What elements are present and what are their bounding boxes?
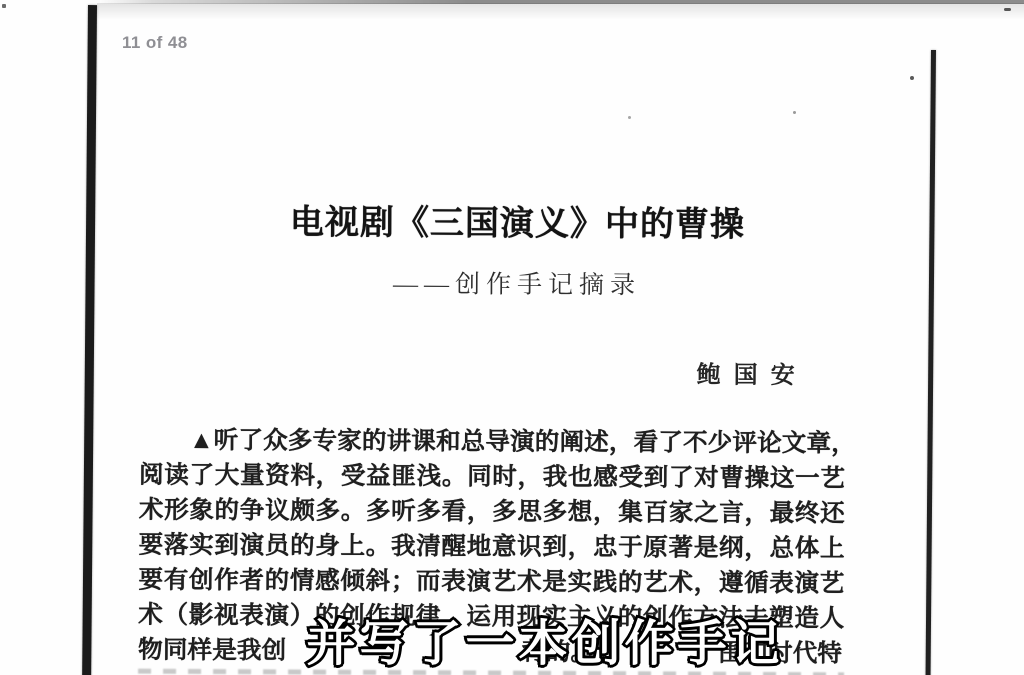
document-title: 电视剧《三国演义》中的曹操 xyxy=(97,193,937,246)
document-subtitle: ——创作手记摘录 xyxy=(97,262,937,302)
video-subtitle-overlay: 并写了一本创作手记 xyxy=(66,605,1024,675)
body-line: ▲听了众多专家的讲课和总导演的阐述，看了不少评论文章， xyxy=(139,423,845,462)
document-page[interactable]: 电视剧《三国演义》中的曹操 ——创作手记摘录 鲍国安 ▲听了众多专家的讲课和总导… xyxy=(0,0,1024,675)
body-line: 要落实到演员的身上。我清醒地意识到，忠于原著是纲，总体上 xyxy=(139,528,845,567)
scan-speck xyxy=(628,116,631,119)
scan-speck xyxy=(2,4,6,8)
video-frame: 11 of 48 电视剧《三国演义》中的曹操 ——创作手记摘录 鲍国安 ▲听了众… xyxy=(0,0,1024,675)
scan-speck xyxy=(793,111,796,114)
scan-speck xyxy=(910,76,914,80)
body-line: 阅读了大量资料，受益匪浅。同时，我也感受到了对曹操这一艺 xyxy=(139,458,845,497)
scan-speck xyxy=(1004,8,1011,11)
document-author: 鲍国安 xyxy=(697,355,808,391)
body-line: 要有创作者的情感倾斜；而表演艺术是实践的艺术，遵循表演艺 xyxy=(138,563,844,602)
body-line: 术形象的争议颇多。多听多看，多思多想，集百家之言，最终还 xyxy=(139,493,845,532)
